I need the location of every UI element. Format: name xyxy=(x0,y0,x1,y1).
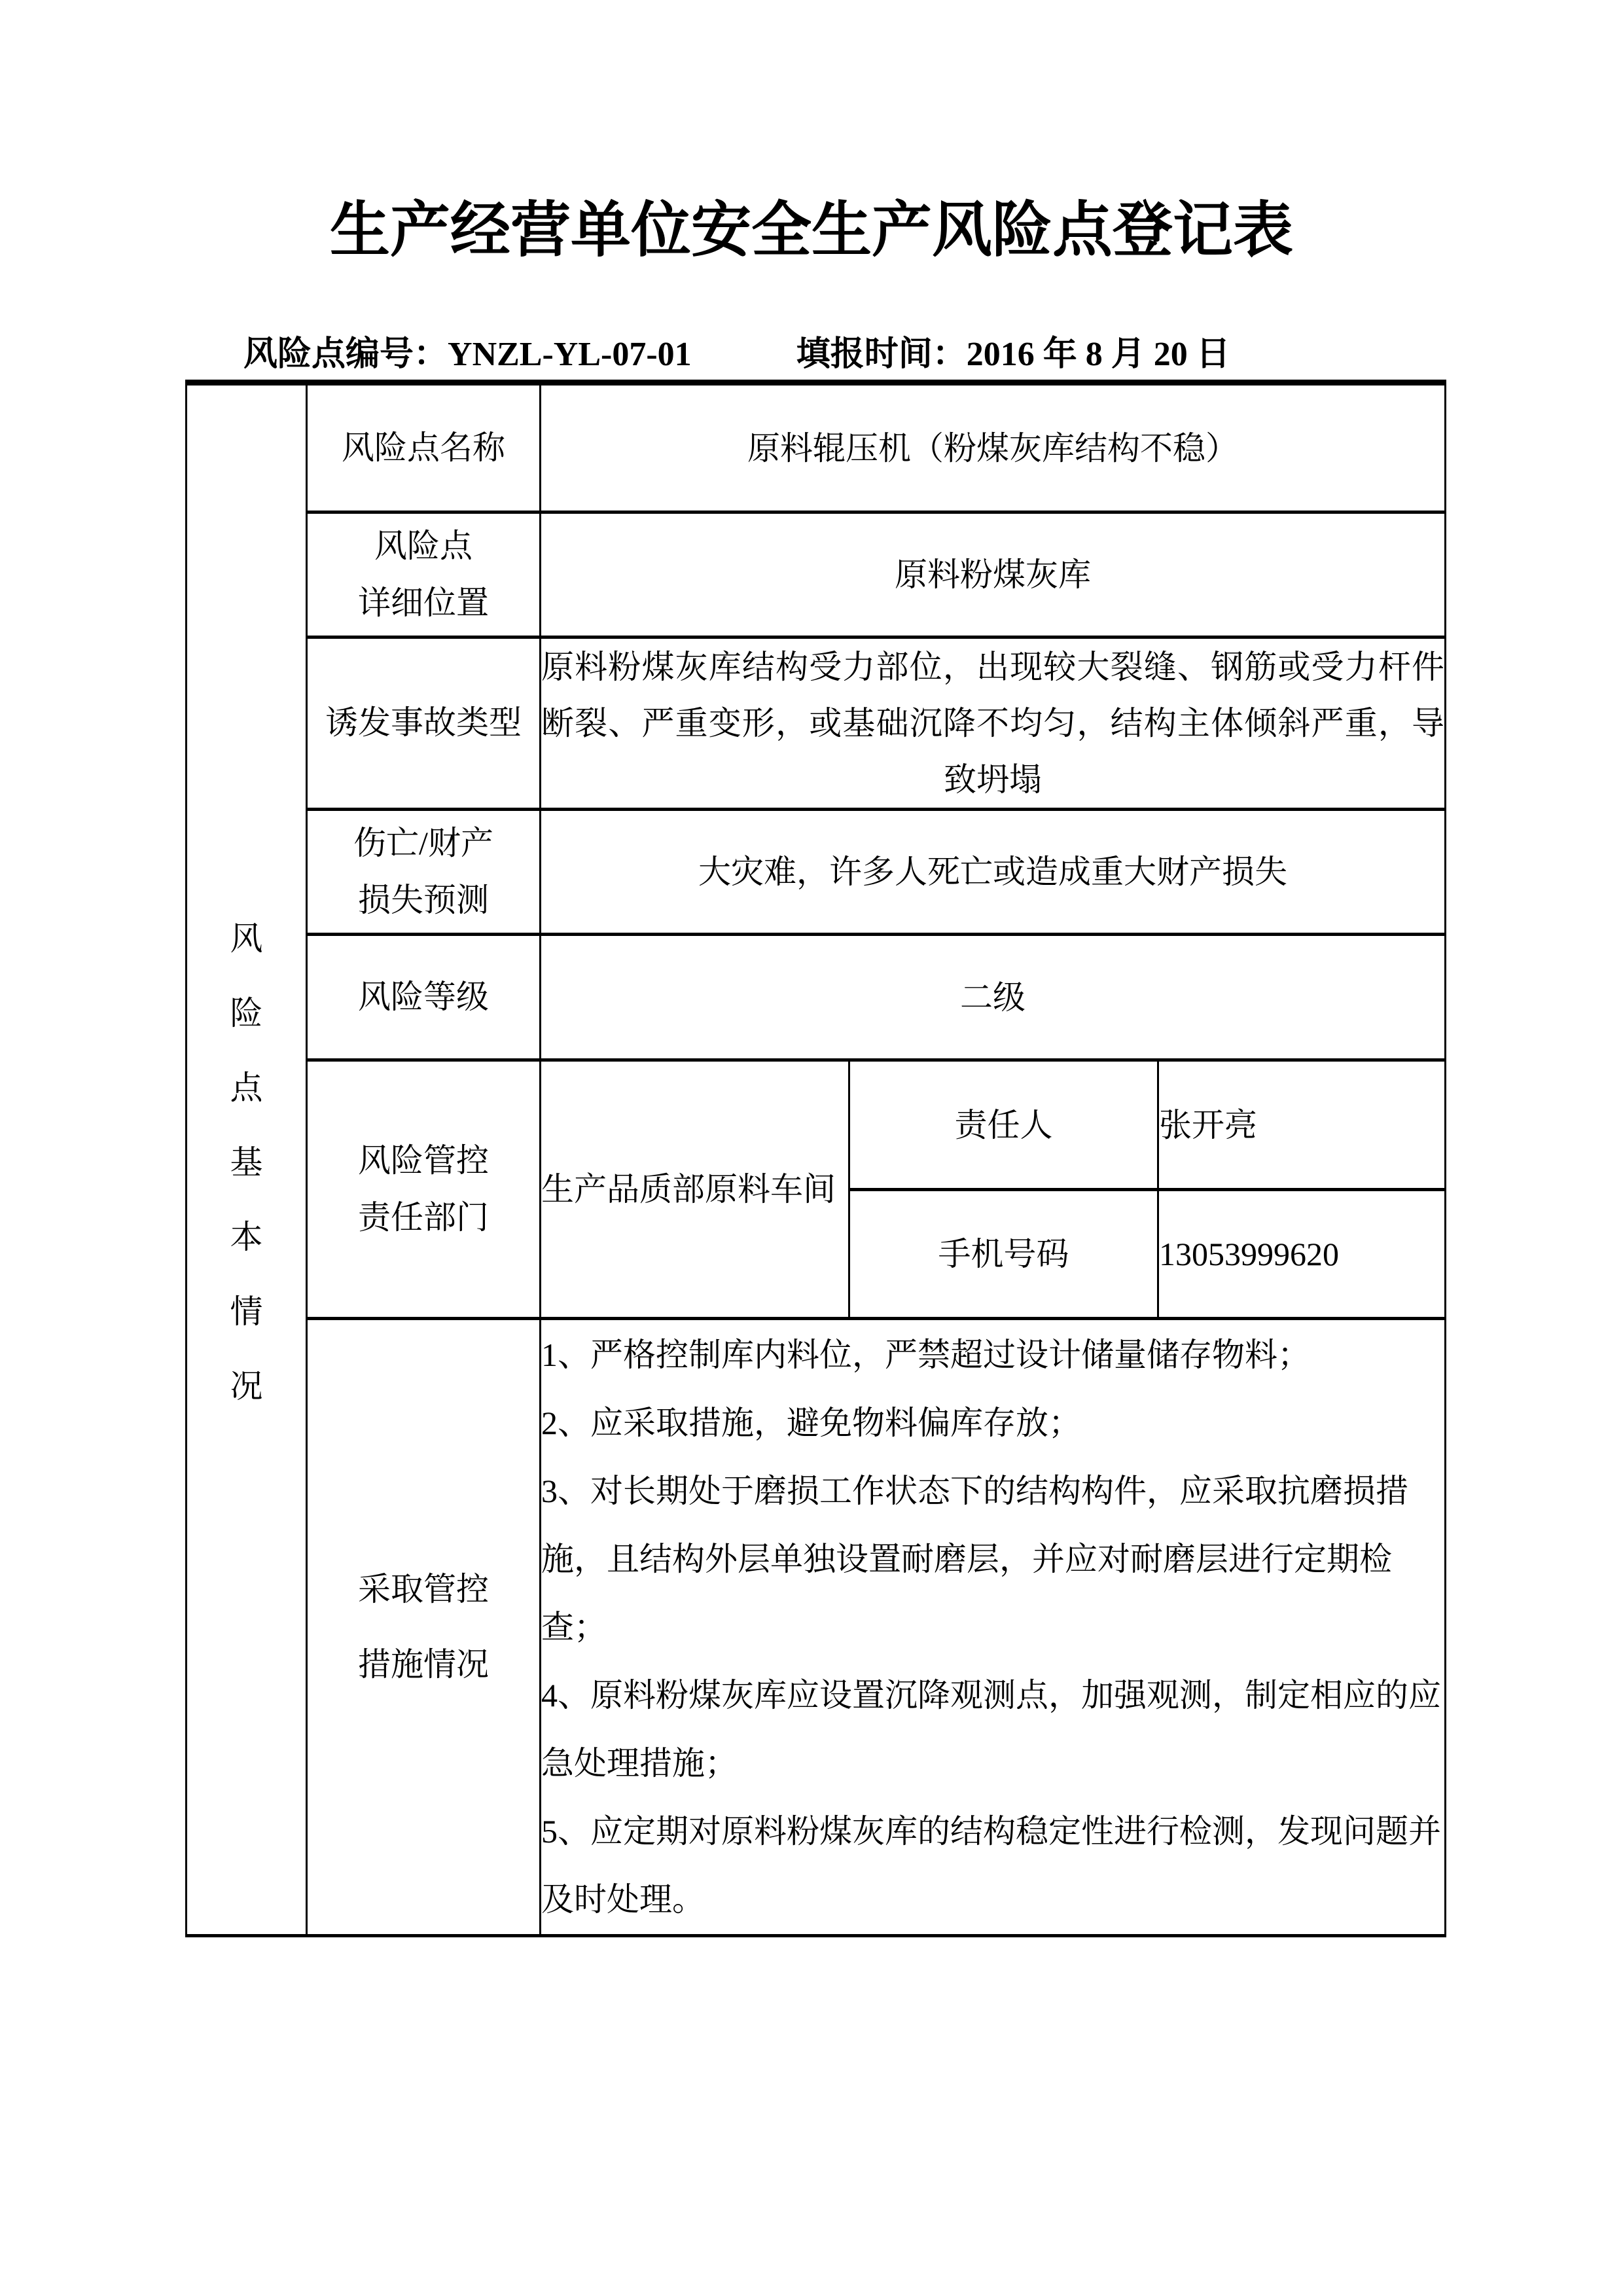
label-line: 风险点 xyxy=(308,518,539,575)
risk-code: 风险点编号：YNZL-YL-07-01 xyxy=(243,326,692,375)
label-line: 损失预测 xyxy=(308,872,539,929)
measure-item: 2、应采取措施，避免物料偏库存放； xyxy=(541,1389,1444,1457)
value-control-dept: 生产品质部原料车间 xyxy=(541,1060,849,1319)
side-char: 本 xyxy=(230,1211,263,1258)
risk-code-label: 风险点编号： xyxy=(243,336,448,373)
side-char: 险 xyxy=(230,987,263,1034)
side-char: 点 xyxy=(230,1062,263,1109)
label-line: 详细位置 xyxy=(308,575,539,632)
value-risk-name: 原料辊压机（粉煤灰库结构不稳） xyxy=(541,383,1446,512)
value-phone-number: 13053999620 xyxy=(1158,1190,1446,1319)
measure-item: 1、严格控制库内料位，严禁超过设计储量储存物料； xyxy=(541,1321,1444,1389)
value-control-measures: 1、严格控制库内料位，严禁超过设计储量储存物料； 2、应采取措施，避免物料偏库存… xyxy=(541,1319,1446,1936)
label-line: 风险管控 xyxy=(308,1132,539,1190)
label-line: 伤亡/财产 xyxy=(308,815,539,872)
label-control-dept: 风险管控 责任部门 xyxy=(307,1060,541,1319)
side-header-vertical-text: 风 险 点 基 本 情 况 xyxy=(187,912,306,1407)
row-name: 风 险 点 基 本 情 况 风险点名称 原料辊压机（粉煤灰库结构不稳） xyxy=(187,383,1446,512)
report-date-value: 2016 年 8 月 20 日 xyxy=(967,336,1230,373)
measure-item: 4、原料粉煤灰库应设置沉降观测点，加强观测，制定相应的应急处理措施； xyxy=(541,1661,1444,1797)
side-char: 风 xyxy=(230,912,263,960)
measure-item: 5、应定期对原料粉煤灰库的结构稳定性进行检测，发现问题并及时处理。 xyxy=(541,1797,1444,1933)
page-title: 生产经营单位安全生产风险点登记表 xyxy=(0,182,1623,268)
row-accident-type: 诱发事故类型 原料粉煤灰库结构受力部位，出现较大裂缝、钢筋或受力杆件断裂、严重变… xyxy=(187,637,1446,810)
risk-code-value: YNZL-YL-07-01 xyxy=(448,336,692,373)
label-responsible-person: 责任人 xyxy=(849,1060,1158,1190)
document-page: 生产经营单位安全生产风险点登记表 风险点编号：YNZL-YL-07-01 填报时… xyxy=(0,0,1623,2296)
label-line: 措施情况 xyxy=(308,1627,539,1702)
value-risk-location: 原料粉煤灰库 xyxy=(541,512,1446,637)
side-header-cell: 风 险 点 基 本 情 况 xyxy=(187,383,307,1936)
row-location: 风险点 详细位置 原料粉煤灰库 xyxy=(187,512,1446,637)
value-loss-forecast: 大灾难，许多人死亡或造成重大财产损失 xyxy=(541,810,1446,935)
value-accident-type: 原料粉煤灰库结构受力部位，出现较大裂缝、钢筋或受力杆件断裂、严重变形，或基础沉降… xyxy=(541,637,1446,810)
label-line: 责任部门 xyxy=(308,1189,539,1247)
report-date-label: 填报时间： xyxy=(796,336,967,373)
side-char: 况 xyxy=(230,1360,263,1407)
label-accident-type: 诱发事故类型 xyxy=(307,637,541,810)
measure-item: 3、对长期处于磨损工作状态下的结构构件，应采取抗磨损措施，且结构外层单独设置耐磨… xyxy=(541,1457,1444,1661)
row-control-measures: 采取管控 措施情况 1、严格控制库内料位，严禁超过设计储量储存物料； 2、应采取… xyxy=(187,1319,1446,1936)
label-line: 采取管控 xyxy=(308,1552,539,1627)
value-risk-level: 二级 xyxy=(541,935,1446,1060)
label-risk-location: 风险点 详细位置 xyxy=(307,512,541,637)
risk-registration-table: 风 险 点 基 本 情 况 风险点名称 原料辊压机（粉煤灰库结构不稳） 风险点 … xyxy=(185,380,1446,1937)
label-risk-level: 风险等级 xyxy=(307,935,541,1060)
side-char: 情 xyxy=(230,1285,263,1333)
meta-line: 风险点编号：YNZL-YL-07-01 填报时间：2016 年 8 月 20 日 xyxy=(243,326,1230,375)
value-responsible-person: 张开亮 xyxy=(1158,1060,1446,1190)
row-risk-level: 风险等级 二级 xyxy=(187,935,1446,1060)
label-phone-number: 手机号码 xyxy=(849,1190,1158,1319)
label-loss-forecast: 伤亡/财产 损失预测 xyxy=(307,810,541,935)
label-risk-name: 风险点名称 xyxy=(307,383,541,512)
row-control-dept-person: 风险管控 责任部门 生产品质部原料车间 责任人 张开亮 xyxy=(187,1060,1446,1190)
label-control-measures: 采取管控 措施情况 xyxy=(307,1319,541,1936)
report-date: 填报时间：2016 年 8 月 20 日 xyxy=(796,326,1230,375)
side-char: 基 xyxy=(230,1136,263,1183)
row-loss-forecast: 伤亡/财产 损失预测 大灾难，许多人死亡或造成重大财产损失 xyxy=(187,810,1446,935)
